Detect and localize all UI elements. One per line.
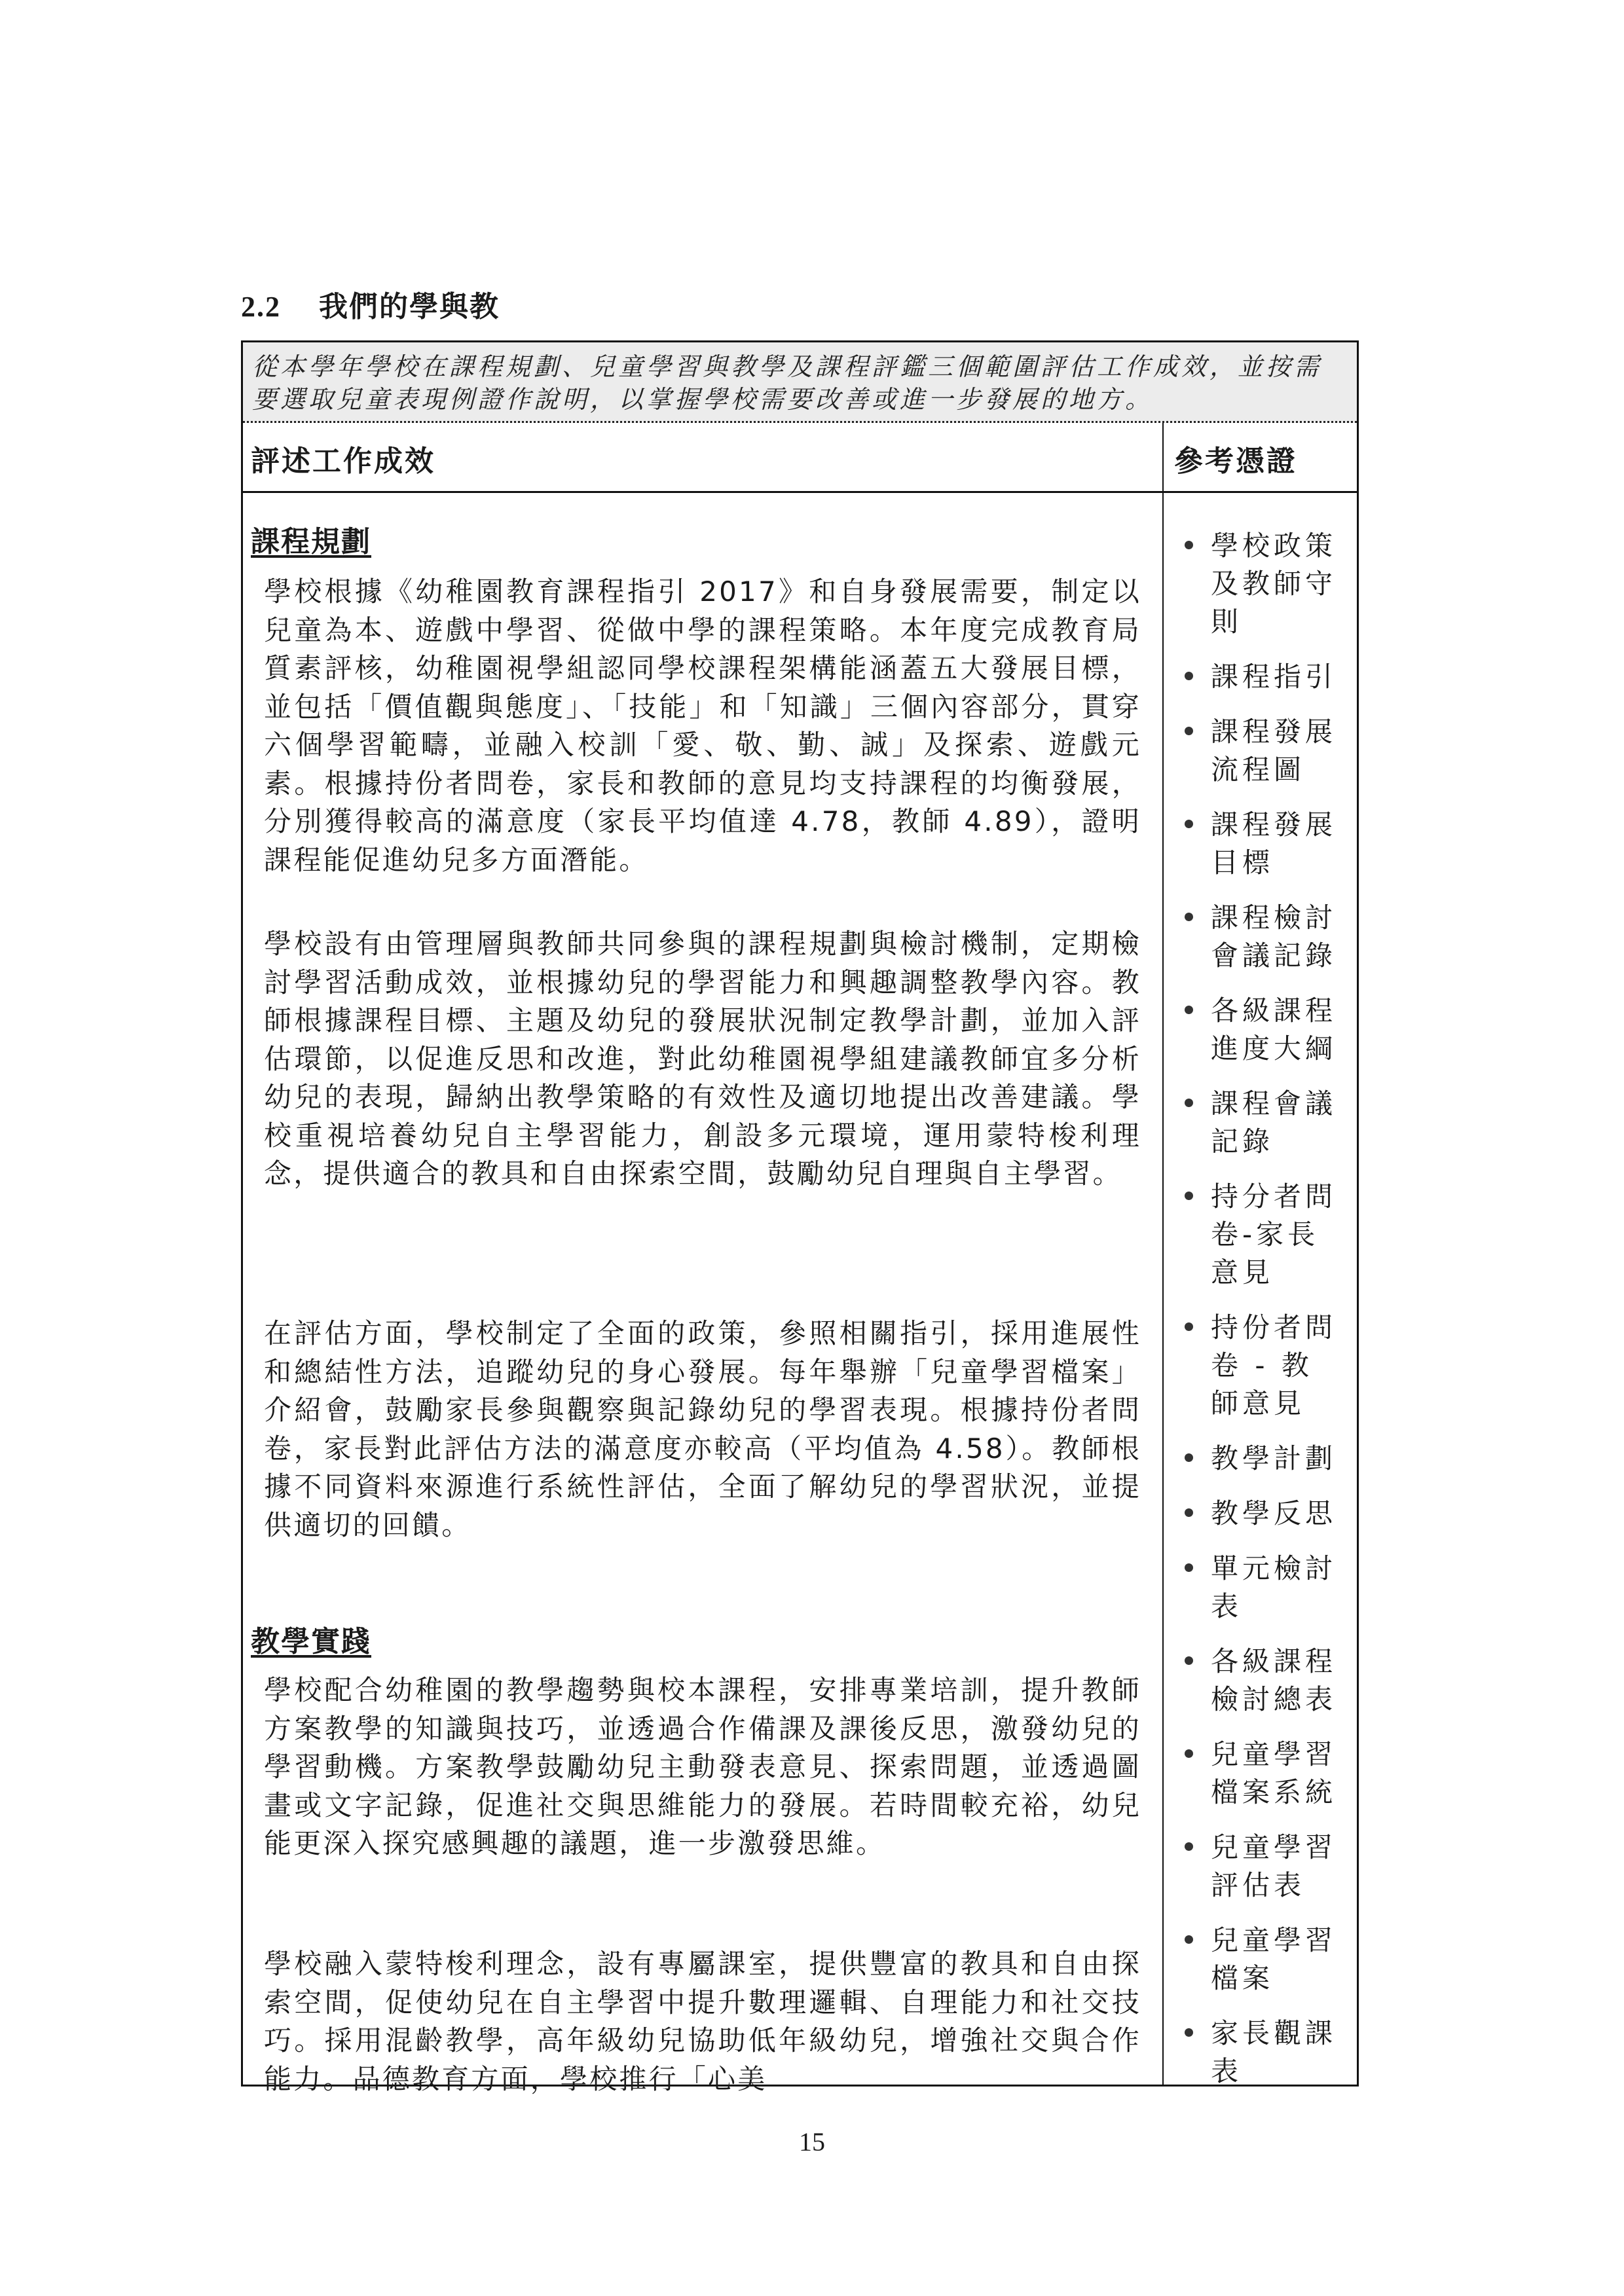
bullet-icon (1185, 1935, 1193, 1944)
bullet-icon (1185, 913, 1193, 921)
evidence-column: 學校政策及教師守則 課程指引 課程發展流程圖 課程發展目標 課程檢討會議記錄 各… (1164, 493, 1357, 2085)
bullet-icon (1185, 1749, 1193, 1758)
evidence-item: 家長觀課表 (1164, 2014, 1348, 2090)
bullet-icon (1185, 1099, 1193, 1107)
paragraph: 在評估方面，學校制定了全面的政策，參照相關指引，採用進展性和總結性方法，追蹤幼兒… (264, 1315, 1141, 1544)
bullet-icon (1185, 727, 1193, 735)
evidence-item: 課程發展目標 (1164, 806, 1348, 882)
evidence-list: 學校政策及教師守則 課程指引 課程發展流程圖 課程發展目標 課程檢討會議記錄 各… (1164, 527, 1360, 2107)
paragraph: 學校配合幼稚園的教學趨勢與校本課程，安排專業培訓，提升教師方案教學的知識與技巧，… (264, 1671, 1141, 1863)
bullet-icon (1185, 1508, 1193, 1517)
evidence-item: 學校政策及教師守則 (1164, 527, 1348, 641)
evidence-item: 課程會議記錄 (1164, 1085, 1348, 1161)
evidence-item: 課程指引 (1164, 658, 1348, 696)
bullet-icon (1185, 820, 1193, 828)
header-evidence: 參考憑證 (1174, 437, 1297, 479)
bullet-icon (1185, 1656, 1193, 1665)
bullet-icon (1185, 541, 1193, 549)
evaluation-column: 課程規劃 學校根據《幼稚園教育課程指引 2017》和自身發展需要，制定以兒童為本… (243, 493, 1162, 2085)
evidence-item: 教學計劃 (1164, 1440, 1348, 1478)
bullet-icon (1185, 1453, 1193, 1462)
evidence-item: 持份者問卷 - 教 師意見 (1164, 1309, 1348, 1423)
section-number: 2.2 (241, 290, 281, 323)
header-evaluation: 評述工作成效 (251, 437, 435, 479)
bullet-icon (1185, 1322, 1193, 1331)
bullet-icon (1185, 1842, 1193, 1851)
evaluation-table: 從本學年學校在課程規劃、兒童學習與教學及課程評鑑三個範圍評估工作成效，並按需要選… (241, 340, 1359, 2086)
table-intro: 從本學年學校在課程規劃、兒童學習與教學及課程評鑑三個範圍評估工作成效，並按需要選… (243, 342, 1357, 423)
table-header-row: 評述工作成效 參考憑證 (243, 423, 1357, 493)
evidence-item: 各級課程進度大綱 (1164, 992, 1348, 1068)
evidence-item: 教學反思 (1164, 1495, 1348, 1533)
page-number: 15 (0, 2126, 1624, 2157)
bullet-icon (1185, 1192, 1193, 1200)
evidence-item: 兒童學習評估表 (1164, 1829, 1348, 1904)
evidence-item: 兒童學習檔案系統 (1164, 1736, 1348, 1812)
evidence-item: 各級課程檢討總表 (1164, 1643, 1348, 1719)
evidence-item: 持分者問卷-家長意見 (1164, 1178, 1348, 1292)
paragraph: 學校設有由管理層與教師共同參與的課程規劃與檢討機制，定期檢討學習活動成效，並根據… (264, 925, 1141, 1194)
bullet-icon (1185, 672, 1193, 680)
bullet-icon (1185, 1563, 1193, 1572)
bullet-icon (1185, 2028, 1193, 2037)
section-heading: 2.2 我們的學與教 (241, 283, 500, 325)
bullet-icon (1185, 1006, 1193, 1014)
paragraph: 學校根據《幼稚園教育課程指引 2017》和自身發展需要，制定以兒童為本、遊戲中學… (264, 573, 1141, 879)
subheading-curriculum-planning: 課程規劃 (251, 518, 371, 560)
evidence-item: 單元檢討表 (1164, 1550, 1348, 1626)
paragraph: 學校融入蒙特梭利理念，設有專屬課室，提供豐富的教具和自由探索空間，促使幼兒在自主… (264, 1945, 1141, 2098)
evidence-item: 課程發展流程圖 (1164, 713, 1348, 789)
subheading-teaching-practice: 教學實踐 (251, 1618, 371, 1660)
evidence-item: 兒童學習檔案 (1164, 1922, 1348, 1997)
evidence-item: 課程檢討會議記錄 (1164, 899, 1348, 975)
section-title: 我們的學與教 (319, 283, 500, 325)
